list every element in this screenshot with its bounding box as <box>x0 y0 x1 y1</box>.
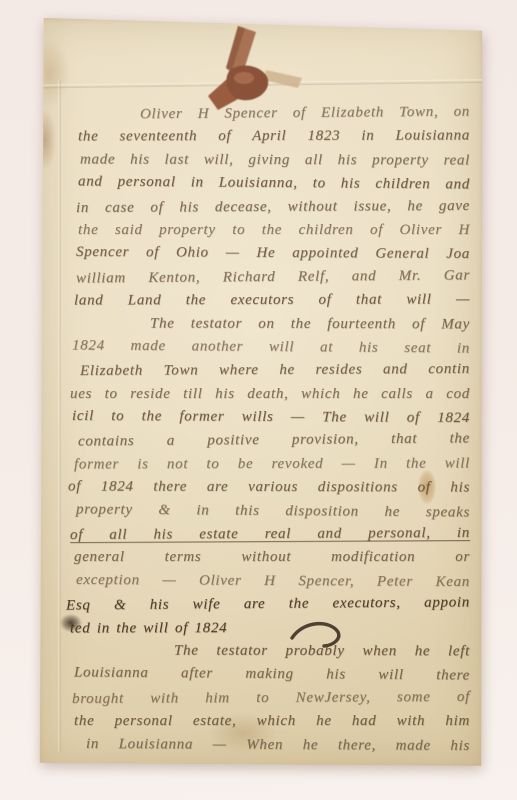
manuscript-line: of 1824 there are various dispositions o… <box>68 476 470 500</box>
photo-backdrop: Oliver H Spencer of Elizabeth Town, onth… <box>0 0 517 800</box>
manuscript-line: brought with him to NewJersey, some of <box>72 686 470 711</box>
manuscript-line: The testator on the fourteenth of May <box>150 312 470 336</box>
manuscript-line: of all his estate real and personal, in <box>70 522 470 547</box>
left-edge-stain <box>34 110 56 170</box>
manuscript-line: Oliver H Spencer of Elizabeth Town, on <box>140 101 470 127</box>
manuscript-line: exception — Oliver H Spencer, Peter Kean <box>76 569 470 594</box>
fold-crease-vertical <box>58 80 61 752</box>
manuscript-line: The testator probably when he left <box>174 640 470 664</box>
manuscript-line: general terms without modification or <box>74 546 470 569</box>
manuscript-line: and personal in Louisianna, to his child… <box>78 171 470 197</box>
manuscript-line: ted in the will of 1824 <box>70 616 476 640</box>
manuscript-line: former is not to be revoked — In the wil… <box>74 452 470 476</box>
manuscript-line: made his last will, giving all his prope… <box>80 148 470 172</box>
manuscript-line: Spencer of Ohio — He appointed General J… <box>76 241 470 266</box>
manuscript-line: Esq & his wife are the executors, appoin <box>66 592 470 619</box>
manuscript-line: 1824 made another will at his seat in <box>72 334 470 361</box>
manuscript-line: Elizabeth Town where he resides and cont… <box>80 358 470 383</box>
manuscript-line: in case of his decease, without issue, h… <box>76 195 470 220</box>
manuscript-line: the seventeenth of April 1823 in Louisia… <box>78 125 470 149</box>
manuscript-line: Louisianna after making his will there <box>74 662 470 689</box>
manuscript-line: william Kenton, Richard Relf, and Mr. Ga… <box>76 264 470 290</box>
manuscript-line: ues to reside till his death, which he c… <box>70 383 470 406</box>
manuscript-line: the said property to the children of Oli… <box>78 219 470 242</box>
manuscript-paper-wrap: Oliver H Spencer of Elizabeth Town, onth… <box>38 18 483 768</box>
manuscript-line: contains a positive provision, that the <box>78 428 470 454</box>
manuscript-line: property & in this disposition he speaks <box>76 498 470 524</box>
manuscript-line: icil to the former wills — The will of 1… <box>72 405 470 430</box>
manuscript-line: land Land the executors of that will — <box>74 289 470 313</box>
manuscript-text: Oliver H Spencer of Elizabeth Town, onth… <box>66 102 476 757</box>
paper-toning-stain <box>30 38 70 108</box>
manuscript-paper: Oliver H Spencer of Elizabeth Town, onth… <box>38 18 483 768</box>
manuscript-line: the personal estate, which he had with h… <box>74 710 470 733</box>
manuscript-line: in Louisianna — When he there, made his <box>86 733 470 758</box>
